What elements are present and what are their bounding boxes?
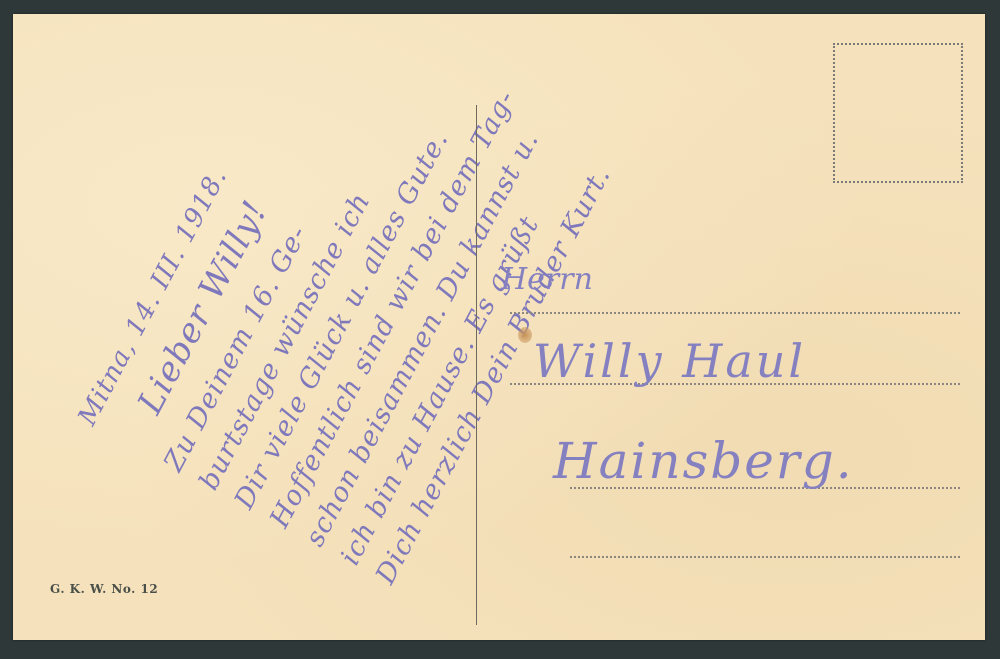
address-salutation: Herrn [501,262,593,297]
center-divider-line [476,105,477,625]
address-line-4 [570,556,960,558]
publisher-mark: G. K. W. No. 12 [50,582,158,596]
stamp-placeholder-box [833,43,963,183]
postcard: Mitna, 14. III. 1918. Lieber Willy! Zu D… [13,14,985,640]
address-line-1 [510,312,960,314]
recipient-name: Willy Haul [533,334,806,388]
paper-stain [518,327,532,343]
recipient-city: Hainsberg. [553,432,854,490]
